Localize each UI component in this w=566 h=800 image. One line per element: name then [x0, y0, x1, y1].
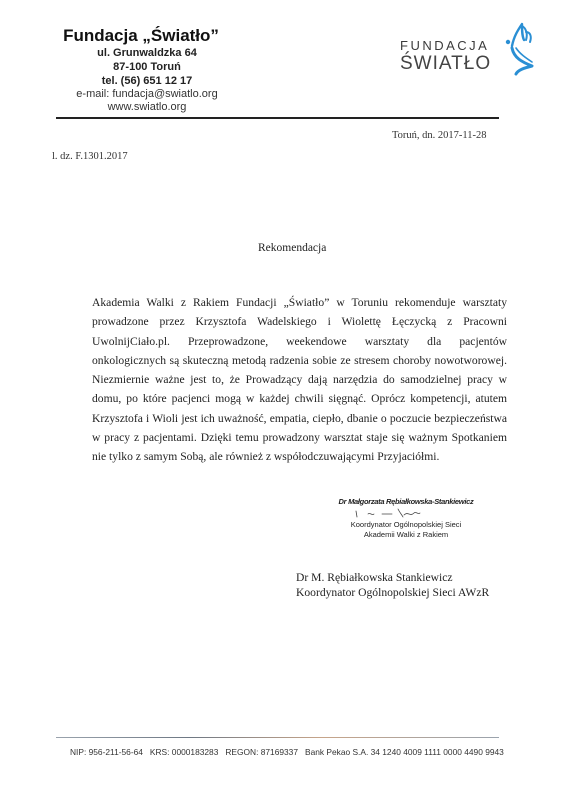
handwritten-signature: [318, 507, 494, 520]
org-email: e-mail: fundacja@swiatlo.org: [52, 88, 242, 101]
header-divider: [56, 117, 499, 119]
letter-date: Toruń, dn. 2017-11-28: [392, 130, 487, 141]
org-website: www.swiatlo.org: [52, 101, 242, 114]
footer-regon: REGON: 87169337: [225, 747, 298, 757]
signatory-role: Koordynator Ogólnopolskiej Sieci AWzR: [296, 585, 489, 600]
foundation-logo: FUNDACJA ŚWIATŁO: [400, 16, 540, 86]
footer: NIP: 956-211-56-64 KRS: 0000183283 REGON…: [70, 747, 504, 757]
signatory: Dr M. Rębiałkowska Stankiewicz Koordynat…: [296, 570, 489, 600]
org-phone: tel. (56) 651 12 17: [52, 74, 242, 88]
org-street: ul. Grunwaldzka 64: [52, 46, 242, 60]
letterhead: Fundacja „Światło” ul. Grunwaldzka 64 87…: [52, 26, 242, 114]
org-name: Fundacja „Światło”: [40, 26, 242, 46]
footer-nip: NIP: 956-211-56-64: [70, 747, 143, 757]
logo-line-2: ŚWIATŁO: [400, 54, 491, 74]
letter-page: Fundacja „Światło” ul. Grunwaldzka 64 87…: [0, 0, 566, 800]
stamp-role-1: Koordynator Ogólnopolskiej Sieci: [318, 520, 494, 530]
stamp-role-2: Akademii Walki z Rakiem: [318, 530, 494, 540]
document-title: Rekomendacja: [258, 242, 326, 254]
org-city: 87-100 Toruń: [52, 60, 242, 74]
footer-krs: KRS: 0000183283: [150, 747, 218, 757]
signature-stamp: Dr Małgorzata Rębiałkowska-Stankiewicz K…: [318, 497, 494, 540]
document-body: Akademia Walki z Rakiem Fundacji „Światł…: [92, 293, 507, 467]
footer-divider: [56, 737, 499, 738]
angel-figure-icon: [500, 18, 540, 78]
footer-bank: Bank Pekao S.A. 34 1240 4009 1111 0000 4…: [305, 747, 504, 757]
logo-line-1: FUNDACJA: [400, 38, 491, 54]
signatory-name: Dr M. Rębiałkowska Stankiewicz: [296, 570, 489, 585]
reference-number: l. dz. F.1301.2017: [52, 151, 128, 162]
body-paragraph: Akademia Walki z Rakiem Fundacji „Światł…: [92, 293, 507, 467]
